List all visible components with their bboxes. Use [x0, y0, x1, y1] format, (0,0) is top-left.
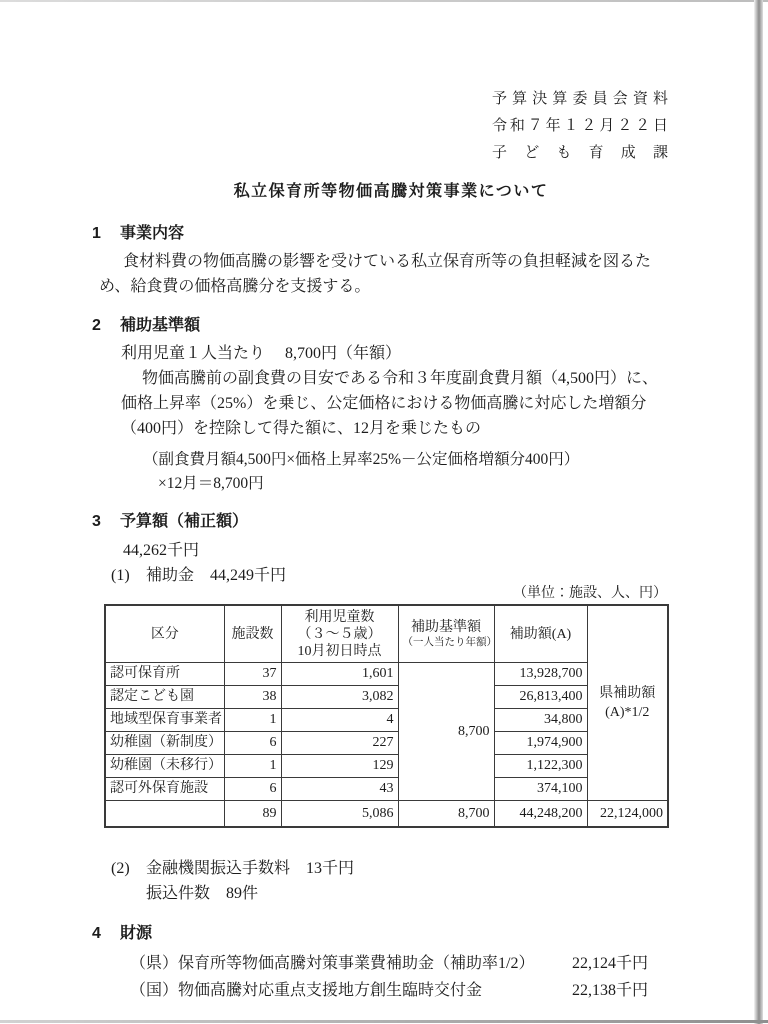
item1-label: 補助金 [146, 563, 194, 588]
transfer-count-label: 振込件数 [146, 885, 210, 902]
page-edge-right [754, 0, 763, 1024]
budget-item-subsidy: (1) 補助金 44,249千円 [111, 563, 690, 588]
cell-facilities: 37 [224, 663, 281, 686]
document-page: 予算決算委員会資料 令和７年１２月２２日 子ども育成課 私立保育所等物価高騰対策… [0, 0, 768, 1024]
col-header-children-line: 利用児童数 [305, 610, 375, 625]
table-row: 地域型保育事業者 1 4 34,800 [105, 709, 668, 732]
cell-facilities: 1 [224, 709, 281, 732]
table-row: 認定こども園 38 3,082 26,813,400 [105, 686, 668, 709]
pref-subsidy-line: (A)*1/2 [605, 705, 649, 720]
section1-number: 1 [92, 223, 120, 245]
table-header-row: 区分 施設数 利用児童数 （３～５歳） 10月初日時点 補助基準額 （一人当たり… [105, 605, 668, 663]
cell-subsidy: 1,122,300 [494, 755, 587, 778]
table-row: 幼稚園（新制度） 6 227 1,974,900 [105, 732, 668, 755]
cell-category: 認可保育所 [105, 663, 224, 686]
table-row: 認可保育所 37 1,601 8,700 13,928,700 [105, 663, 668, 686]
cell-children: 129 [281, 755, 398, 778]
cell-total-children: 5,086 [281, 801, 398, 828]
cell-children: 3,082 [281, 686, 398, 709]
cell-category: 幼稚園（未移行） [105, 755, 224, 778]
document-title: 私立保育所等物価高騰対策事業について [92, 178, 690, 201]
page-edge-bottom [0, 1020, 768, 1023]
cell-facilities: 1 [224, 755, 281, 778]
col-header-children: 利用児童数 （３～５歳） 10月初日時点 [281, 605, 398, 663]
section3-label: 予算額（補正額） [120, 511, 248, 533]
table-total-row: 89 5,086 8,700 44,248,200 22,124,000 [105, 801, 668, 828]
section1-body: 食材料費の物価高騰の影響を受けている私立保育所等の負担軽減を図るた め、給食費の… [99, 249, 690, 299]
funding-item-national: （国）物価高騰対応重点支援地方創生臨時交付金 22,138千円 [130, 977, 648, 1004]
col-header-category: 区分 [105, 605, 224, 663]
section3-heading: 3 予算額（補正額） [92, 511, 690, 533]
section2-body-line: 価格上昇率（25%）を乗じ、公定価格における物価高騰に対応した増額分 [121, 391, 690, 416]
cell-total-pref-subsidy: 22,124,000 [587, 801, 668, 828]
table-row: 認可外保育施設 6 43 374,100 [105, 778, 668, 801]
col-header-base-subnote: （一人当たり年額） [403, 636, 490, 649]
unit-note: （単位：施設、人、円） [104, 586, 667, 602]
subsidy-table-wrap: （単位：施設、人、円） 区分 施設数 利用児童数 （３～５歳） 10月初日時点 … [104, 586, 667, 828]
transfer-count-value: 89件 [226, 885, 258, 902]
section3-number: 3 [92, 511, 120, 533]
col-header-children-line: 10月初日時点 [298, 644, 382, 659]
section1-label: 事業内容 [120, 223, 184, 245]
item2-amount: 13千円 [306, 856, 354, 881]
transfer-count-line: 振込件数89件 [146, 881, 690, 906]
cell-subsidy: 26,813,400 [494, 686, 587, 709]
table-row: 幼稚園（未移行） 1 129 1,122,300 [105, 755, 668, 778]
col-header-facilities: 施設数 [224, 605, 281, 663]
funding-label: （国）物価高騰対応重点支援地方創生臨時交付金 [130, 977, 482, 1004]
budget-item-transfer-fee: (2) 金融機関振込手数料 13千円 [111, 856, 690, 881]
funding-amount: 22,138千円 [572, 977, 648, 1004]
col-header-subsidy-amount: 補助額(A) [494, 605, 587, 663]
item1-number: (1) [111, 563, 146, 588]
cell-subsidy: 13,928,700 [494, 663, 587, 686]
cell-base-amount-merged: 8,700 [398, 663, 494, 801]
section2-label: 補助基準額 [120, 315, 200, 337]
header-department-line: 子ども育成課 [492, 140, 668, 167]
funding-label: （県）保育所等物価高騰対策事業費補助金（補助率1/2） [130, 950, 534, 977]
cell-subsidy: 374,100 [494, 778, 587, 801]
cell-children: 4 [281, 709, 398, 732]
cell-children: 227 [281, 732, 398, 755]
formula-line: （副食費月額4,500円×価格上昇率25%－公定価格増額分400円） [143, 448, 690, 472]
section1-heading: 1 事業内容 [92, 223, 690, 245]
cell-facilities: 6 [224, 732, 281, 755]
cell-total-blank [105, 801, 224, 828]
cell-subsidy: 34,800 [494, 709, 587, 732]
doc-header-block: 予算決算委員会資料 令和７年１２月２２日 子ども育成課 [492, 86, 668, 167]
pref-subsidy-line: 県補助額 [599, 686, 655, 701]
cell-total-subsidy: 44,248,200 [494, 801, 587, 828]
formula-line: ×12月＝8,700円 [143, 472, 690, 496]
cell-children: 43 [281, 778, 398, 801]
cell-children: 1,601 [281, 663, 398, 686]
pref-subsidy-merged-cell: 県補助額 (A)*1/2 [587, 605, 668, 801]
header-date-line: 令和７年１２月２２日 [492, 113, 668, 140]
page-edge-top [0, 0, 768, 2]
cell-facilities: 6 [224, 778, 281, 801]
col-header-children-line: （３～５歳） [298, 627, 382, 642]
section1-body-line: 食材料費の物価高騰の影響を受けている私立保育所等の負担軽減を図るた [99, 249, 690, 274]
cell-category: 幼稚園（新制度） [105, 732, 224, 755]
cell-category: 地域型保育事業者 [105, 709, 224, 732]
section2-heading: 2 補助基準額 [92, 315, 690, 337]
cell-facilities: 38 [224, 686, 281, 709]
item2-number: (2) [111, 856, 146, 881]
subsidy-table: 区分 施設数 利用児童数 （３～５歳） 10月初日時点 補助基準額 （一人当たり… [104, 604, 669, 828]
section1-body-line: め、給食費の価格高騰分を支援する。 [99, 274, 690, 299]
col-header-base-line: 補助基準額 [411, 620, 481, 635]
cell-subsidy: 1,974,900 [494, 732, 587, 755]
section2-body-line: （400円）を控除して得た額に、12月を乗じたもの [121, 416, 690, 441]
section2-body: 利用児童１人当たり 8,700円（年額） 物価高騰前の副食費の目安である令和３年… [121, 341, 690, 441]
cell-total-facilities: 89 [224, 801, 281, 828]
header-committee-line: 予算決算委員会資料 [492, 86, 668, 113]
cell-total-base: 8,700 [398, 801, 494, 828]
cell-category: 認可外保育施設 [105, 778, 224, 801]
col-header-base-amount: 補助基準額 （一人当たり年額） [398, 605, 494, 663]
item1-amount: 44,249千円 [210, 563, 286, 588]
item2-label: 金融機関振込手数料 [146, 856, 290, 881]
section4-number: 4 [92, 923, 120, 945]
cell-category: 認定こども園 [105, 686, 224, 709]
funding-item-prefecture: （県）保育所等物価高騰対策事業費補助金（補助率1/2） 22,124千円 [130, 950, 648, 977]
document-content: 予算決算委員会資料 令和７年１２月２２日 子ども育成課 私立保育所等物価高騰対策… [0, 0, 768, 1004]
section4-label: 財源 [120, 923, 152, 945]
calculation-formula: （副食費月額4,500円×価格上昇率25%－公定価格増額分400円） ×12月＝… [143, 448, 690, 496]
budget-total-amount: 44,262千円 [123, 538, 690, 563]
funding-amount: 22,124千円 [572, 950, 648, 977]
section2-body-line: 物価高騰前の副食費の目安である令和３年度副食費月額（4,500円）に、 [121, 366, 690, 391]
section4-heading: 4 財源 [92, 923, 690, 945]
section2-number: 2 [92, 315, 120, 337]
section2-body-line: 利用児童１人当たり 8,700円（年額） [121, 341, 690, 366]
